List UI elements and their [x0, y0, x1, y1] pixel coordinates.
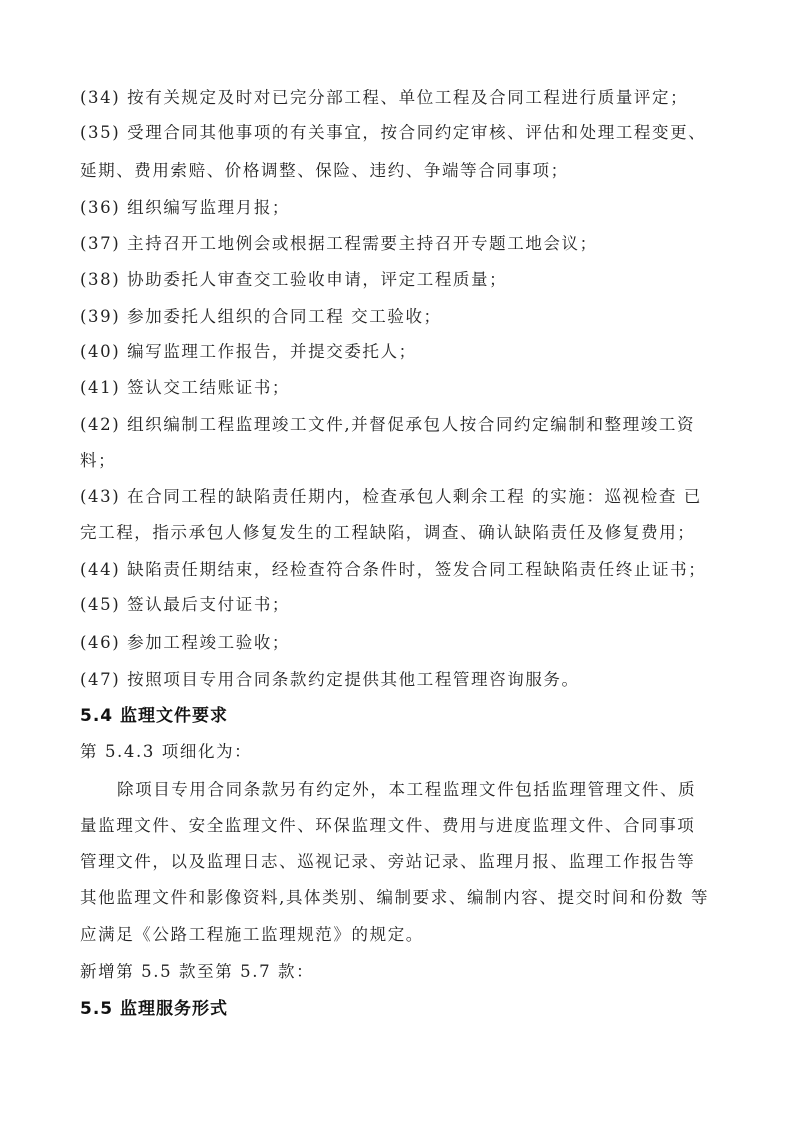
list-item-47: (47) 按照项目专用合同条款约定提供其他工程管理咨询服务。	[80, 669, 720, 691]
list-item-43: (43) 在合同工程的缺陷责任期内，检查承包人剩余工程 的实施：巡视检查 已	[80, 486, 720, 508]
paragraph-line-4: 其他监理文件和影像资料,具体类别、编制要求、编制内容、提交时间和份数 等	[80, 887, 720, 909]
list-item-41: (41) 签认交工结账证书；	[80, 377, 720, 399]
paragraph-line-2: 量监理文件、安全监理文件、环保监理文件、费用与进度监理文件、合同事项	[80, 815, 720, 837]
list-item-43-continued: 完工程，指示承包人修复发生的工程缺陷，调查、确认缺陷责任及修复费用；	[80, 522, 720, 544]
list-item-42-continued: 料；	[80, 450, 720, 472]
list-item-35-continued: 延期、费用索赔、价格调整、保险、违约、争端等合同事项；	[80, 160, 720, 182]
list-item-38: (38) 协助委托人审查交工验收申请，评定工程质量；	[80, 269, 720, 291]
document-page: (34) 按有关规定及时对已完分部工程、单位工程及合同工程进行质量评定； (35…	[0, 0, 793, 1122]
list-item-45: (45) 签认最后支付证书；	[80, 594, 720, 616]
section-heading-5-5: 5.5 监理服务形式	[80, 998, 228, 1020]
new-clauses-note: 新增第 5.5 款至第 5.7 款：	[80, 961, 720, 983]
section-heading-5-4: 5.4 监理文件要求	[80, 705, 228, 727]
list-item-35: (35) 受理合同其他事项的有关事宜，按合同约定审核、评估和处理工程变更、	[80, 122, 720, 144]
list-item-40: (40) 编写监理工作报告，并提交委托人；	[80, 341, 720, 363]
paragraph-line-3: 管理文件，以及监理日志、巡视记录、旁站记录、监理月报、监理工作报告等	[80, 851, 720, 873]
list-item-34: (34) 按有关规定及时对已完分部工程、单位工程及合同工程进行质量评定；	[80, 87, 720, 109]
list-item-36: (36) 组织编写监理月报；	[80, 197, 720, 219]
list-item-46: (46) 参加工程竣工验收；	[80, 632, 720, 654]
paragraph-line-5: 应满足《公路工程施工监理规范》的规定。	[80, 924, 720, 946]
list-item-37: (37) 主持召开工地例会或根据工程需要主持召开专题工地会议；	[80, 233, 720, 255]
list-item-44: (44) 缺陷责任期结束，经检查符合条件时，签发合同工程缺陷责任终止证书；	[80, 559, 720, 581]
section-5-4-intro: 第 5.4.3 项细化为：	[80, 741, 720, 763]
paragraph-line-1: 除项目专用合同条款另有约定外，本工程监理文件包括监理管理文件、质	[117, 779, 757, 801]
list-item-39: (39) 参加委托人组织的合同工程 交工验收；	[80, 306, 720, 328]
list-item-42: (42) 组织编制工程监理竣工文件,并督促承包人按合同约定编制和整理竣工资	[80, 414, 720, 436]
